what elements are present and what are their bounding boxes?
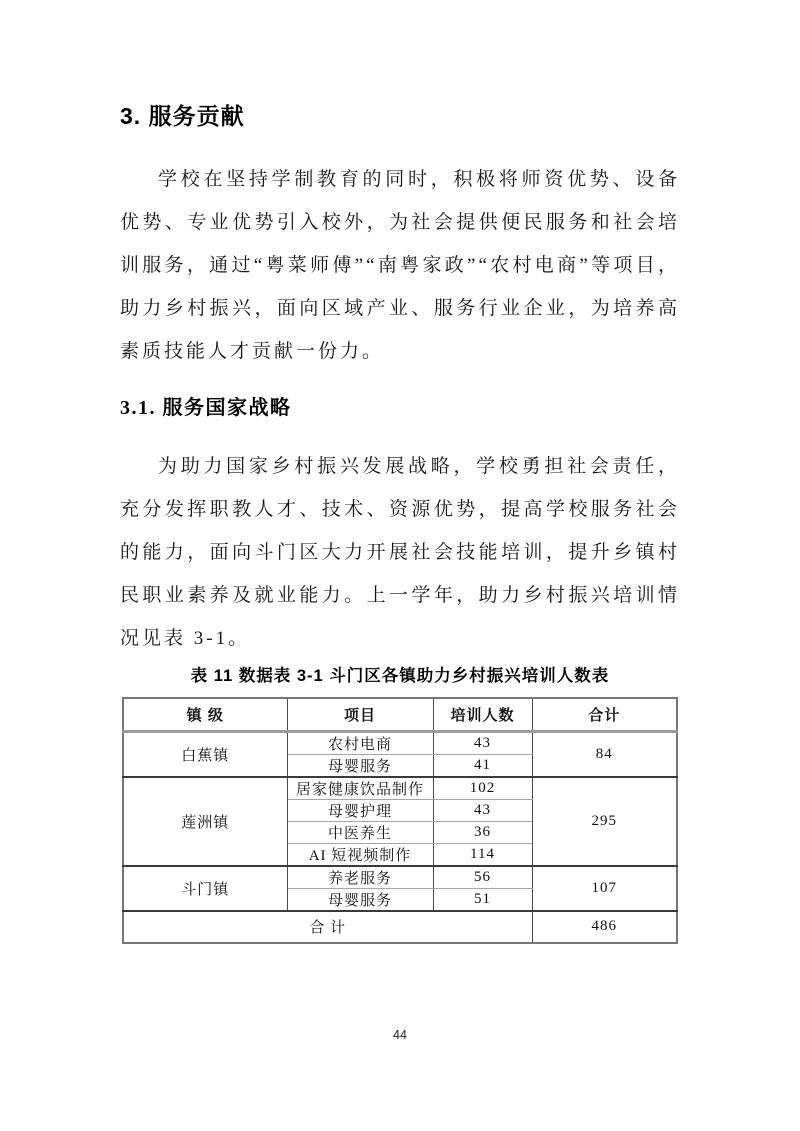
project-cell: 养老服务 (287, 866, 433, 889)
trainee-count-cell: 36 (433, 821, 532, 843)
trainee-count-cell: 102 (433, 777, 532, 800)
trainee-count-cell: 114 (433, 843, 532, 866)
document-page: 3. 服务贡献 学校在坚持学制教育的同时，积极将师资优势、设备优势、专业优势引入… (0, 0, 800, 1131)
town-cell: 莲洲镇 (123, 777, 287, 866)
project-cell: AI 短视频制作 (287, 843, 433, 866)
town-cell: 白蕉镇 (123, 731, 287, 777)
trainee-count-cell: 51 (433, 888, 532, 911)
project-cell: 农村电商 (287, 731, 433, 754)
trainee-count-cell: 43 (433, 731, 532, 754)
column-header-trainees: 培训人数 (433, 698, 532, 731)
trainee-count-cell: 43 (433, 799, 532, 821)
table-row: 斗门镇养老服务56107 (123, 866, 677, 889)
town-cell: 斗门镇 (123, 866, 287, 911)
project-cell: 居家健康饮品制作 (287, 777, 433, 800)
section-heading: 3. 服务贡献 (120, 101, 680, 132)
training-table: 镇 级 项目 培训人数 合计 白蕉镇农村电商4384母婴服务41莲洲镇居家健康饮… (122, 697, 678, 944)
page-number: 44 (0, 1028, 800, 1042)
subsection-heading: 3.1. 服务国家战略 (120, 393, 680, 423)
project-cell: 母婴服务 (287, 754, 433, 777)
trainee-count-cell: 41 (433, 754, 532, 777)
column-header-subtotal: 合计 (532, 698, 677, 731)
table-header-row: 镇 级 项目 培训人数 合计 (123, 698, 677, 731)
trainee-count-cell: 56 (433, 866, 532, 889)
paragraph-service-contribution: 学校在坚持学制教育的同时，积极将师资优势、设备优势、专业优势引入校外，为社会提供… (120, 158, 680, 373)
table-row: 莲洲镇居家健康饮品制作102295 (123, 777, 677, 800)
grand-total-label-cell: 合 计 (123, 911, 532, 943)
table-body: 白蕉镇农村电商4384母婴服务41莲洲镇居家健康饮品制作102295母婴护理43… (123, 731, 677, 943)
column-header-town: 镇 级 (123, 698, 287, 731)
table-total-row: 合 计486 (123, 911, 677, 943)
table-caption: 表 11 数据表 3-1 斗门区各镇助力乡村振兴培训人数表 (120, 661, 680, 691)
project-cell: 中医养生 (287, 821, 433, 843)
group-subtotal-cell: 84 (532, 731, 677, 777)
project-cell: 母婴服务 (287, 888, 433, 911)
table-row: 白蕉镇农村电商4384 (123, 731, 677, 754)
group-subtotal-cell: 295 (532, 777, 677, 866)
paragraph-national-strategy: 为助力国家乡村振兴发展战略，学校勇担社会责任，充分发挥职教人才、技术、资源优势，… (120, 445, 680, 660)
column-header-project: 项目 (287, 698, 433, 731)
grand-total-value-cell: 486 (532, 911, 677, 943)
project-cell: 母婴护理 (287, 799, 433, 821)
group-subtotal-cell: 107 (532, 866, 677, 911)
